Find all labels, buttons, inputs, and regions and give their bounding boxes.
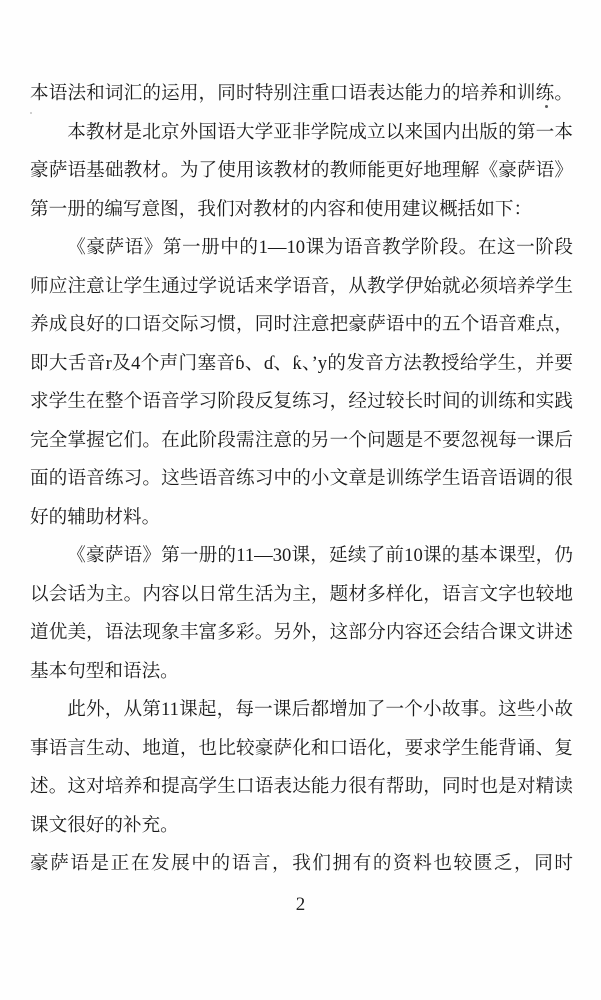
text-line: 即大舌音r及4个声门塞音ɓ、ɗ、ƙ、’y的发音方法教授给学生，并要 [30,345,573,384]
text-line: 《豪萨语》第一册中的1—10课为语音教学阶段。在这一阶段教 [30,229,573,268]
text-line: 《豪萨语》第一册的11—30课，延续了前10课的基本课型，仍 [30,537,573,576]
text-line: 本语法和词汇的运用，同时特别注重口语表达能力的培养和训练。 [30,75,573,114]
body-text: 本语法和词汇的运用，同时特别注重口语表达能力的培养和训练。 本教材是北京外国语大… [30,75,573,884]
text-line: 事语言生动、地道，也比较豪萨化和口语化，要求学生能背诵、复 [30,730,573,769]
text-line: 面的语音练习。这些语音练习中的小文章是训练学生语音语调的很 [30,460,573,499]
text-line: 本教材是北京外国语大学亚非学院成立以来国内出版的第一本 [30,114,573,153]
text-line: 第一册的编写意图，我们对教材的内容和使用建议概括如下： [30,191,573,230]
text-line: 课文很好的补充。 [30,807,573,846]
text-line: 豪萨语是正在发展中的语言，我们拥有的资料也较匮乏，同时 [30,845,573,884]
scanned-page: 本语法和词汇的运用，同时特别注重口语表达能力的培养和训练。 本教材是北京外国语大… [0,0,601,1000]
scan-speck [545,105,548,108]
text-line: 以会话为主。内容以日常生活为主，题材多样化，语言文字也较地 [30,576,573,615]
text-line: 道优美，语法现象丰富多彩。另外，这部分内容还会结合课文讲述 [30,614,573,653]
page-number: 2 [0,893,601,917]
text-line: 基本句型和语法。 [30,653,573,692]
text-line: 完全掌握它们。在此阶段需注意的另一个问题是不要忽视每一课后 [30,422,573,461]
text-line: 好的辅助材料。 [30,499,573,538]
text-line: 养成良好的口语交际习惯，同时注意把豪萨语中的五个语音难点， [30,306,573,345]
text-line: 师应注意让学生通过学说话来学语音，从教学伊始就必须培养学生 [30,268,573,307]
text-line: 豪萨语基础教材。为了使用该教材的教师能更好地理解《豪萨语》 [30,152,573,191]
text-line: 求学生在整个语音学习阶段反复练习，经过较长时间的训练和实践 [30,383,573,422]
text-line: 此外，从第11课起，每一课后都增加了一个小故事。这些小故 [30,691,573,730]
scan-speck [30,112,32,114]
text-line: 述。这对培养和提高学生口语表达能力很有帮助，同时也是对精读 [30,768,573,807]
